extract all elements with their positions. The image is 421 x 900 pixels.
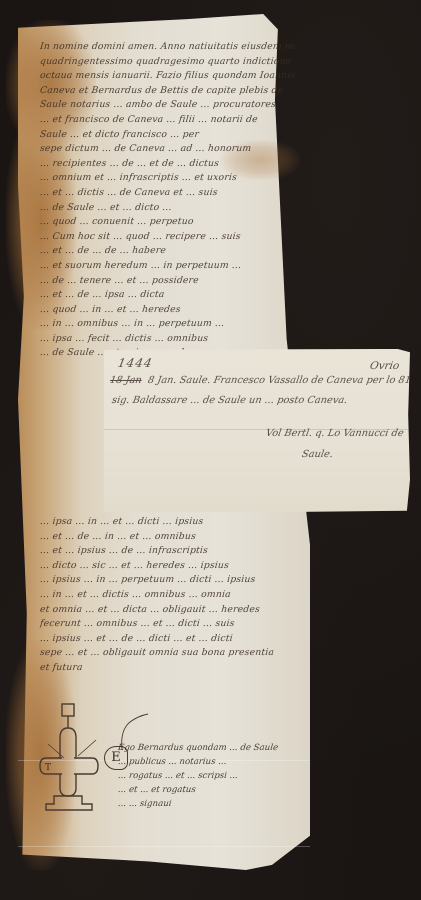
- manuscript-line: ... de Saule ... et ... dicto ...: [39, 201, 295, 214]
- manuscript-line: ... de ... tenere ... et ... possidere: [39, 274, 295, 287]
- manuscript-line: ... et ... dictis ... de Caneva et ... s…: [39, 186, 295, 199]
- manuscript-line: ... in ... et ... dictis ... omnibus ...…: [39, 588, 295, 601]
- subscription-line: Ego Bernardus quondam ... de Saule: [117, 742, 308, 754]
- manuscript-line: octaua mensis ianuarii. Fazio filius quo…: [39, 69, 295, 82]
- manuscript-lower-text: ... ipsa ... in ... et ... dicti ... ips…: [40, 515, 295, 676]
- manuscript-line: ... ipsius ... et ... de ... dicti ... e…: [39, 632, 295, 645]
- fold-crease: [18, 846, 310, 847]
- notarial-subscription: Ego Bernardus quondam ... de Saule ... p…: [118, 742, 308, 812]
- manuscript-line: Caneva et Bernardus de Bettis de capite …: [39, 84, 295, 97]
- notarial-sign-letter: T: [45, 763, 51, 773]
- subscription-line: ... et ... et rogatus: [117, 784, 308, 796]
- slip-line-1-text: 8 Jan. Saule. Francesco Vassallo de Cane…: [147, 375, 421, 386]
- manuscript-upper-text: In nomine domini amen. Anno natiuitatis …: [40, 40, 295, 361]
- manuscript-line: ... ipsa ... in ... et ... dicti ... ips…: [39, 515, 295, 528]
- slip-signature-2: Saule.: [301, 449, 334, 460]
- manuscript-line: ... quod ... conuenit ... perpetuo: [39, 215, 295, 228]
- manuscript-line: ... et suorum heredum ... in perpetuum .…: [39, 259, 295, 272]
- archival-note-slip: 1444 Ovrio 18 Jan 8 Jan. Saule. Francesc…: [104, 349, 410, 512]
- slip-struck-date: 18 Jan: [109, 375, 143, 386]
- subscription-line: ... ... signaui: [117, 798, 188, 810]
- manuscript-line: ... et francisco de Caneva ... filii ...…: [39, 113, 295, 126]
- manuscript-line: ... Cum hoc sit ... quod ... recipere ..…: [39, 230, 295, 243]
- manuscript-line: sepe ... et ... obligauit omnia sua bona…: [39, 646, 295, 659]
- subscription-line: ... rogatus ... et ... scripsi ...: [117, 770, 308, 782]
- manuscript-line: ... et ... de ... de ... habere: [39, 244, 295, 257]
- slip-line-2: sig. Baldassare ... de Saule un ... post…: [111, 395, 348, 406]
- manuscript-line: ... ipsius ... in ... perpetuum ... dict…: [39, 573, 295, 586]
- manuscript-line: ... et ... de ... ipsa ... dicta: [39, 288, 295, 301]
- manuscript-line: ... recipientes ... de ... et de ... dic…: [39, 157, 295, 170]
- manuscript-line: ... omnium et ... infrascriptis ... et u…: [39, 171, 295, 184]
- slip-year: 1444: [117, 356, 154, 370]
- manuscript-line: sepe dictum ... de Caneva ... ad ... hon…: [39, 142, 295, 155]
- manuscript-line: In nomine domini amen. Anno natiuitatis …: [39, 40, 295, 53]
- manuscript-line: Saule ... et dicto francisco ... per: [39, 128, 295, 141]
- manuscript-line: et futura: [39, 661, 90, 674]
- slip-line-1: 18 Jan: [109, 375, 143, 386]
- manuscript-line: ... in ... omnibus ... in ... perpetuum …: [39, 317, 295, 330]
- manuscript-line: ... dicto ... sic ... et ... heredes ...…: [39, 559, 295, 572]
- manuscript-line: ... et ... de ... in ... et ... omnibus: [39, 530, 295, 543]
- slip-place: Ovrio: [369, 360, 400, 372]
- manuscript-line: fecerunt ... omnibus ... et ... dicti ..…: [39, 617, 295, 630]
- subscription-line: ... publicus ... notarius ...: [117, 756, 308, 768]
- manuscript-line: ... ipsa ... fecit ... dictis ... omnibu…: [39, 332, 295, 345]
- manuscript-line: quadringentessimo quadragesimo quarto in…: [39, 55, 295, 68]
- manuscript-line: Saule notarius ... ambo de Saule ... pro…: [39, 98, 295, 111]
- manuscript-line: ... et ... ipsius ... de ... infrascript…: [39, 544, 295, 557]
- manuscript-line: et omnia ... et ... dicta ... obligauit …: [39, 603, 295, 616]
- manuscript-line: ... quod ... in ... et ... heredes: [39, 303, 295, 316]
- slip-signature-1: Vol Bertl. q. Lo Vannucci de: [265, 428, 405, 439]
